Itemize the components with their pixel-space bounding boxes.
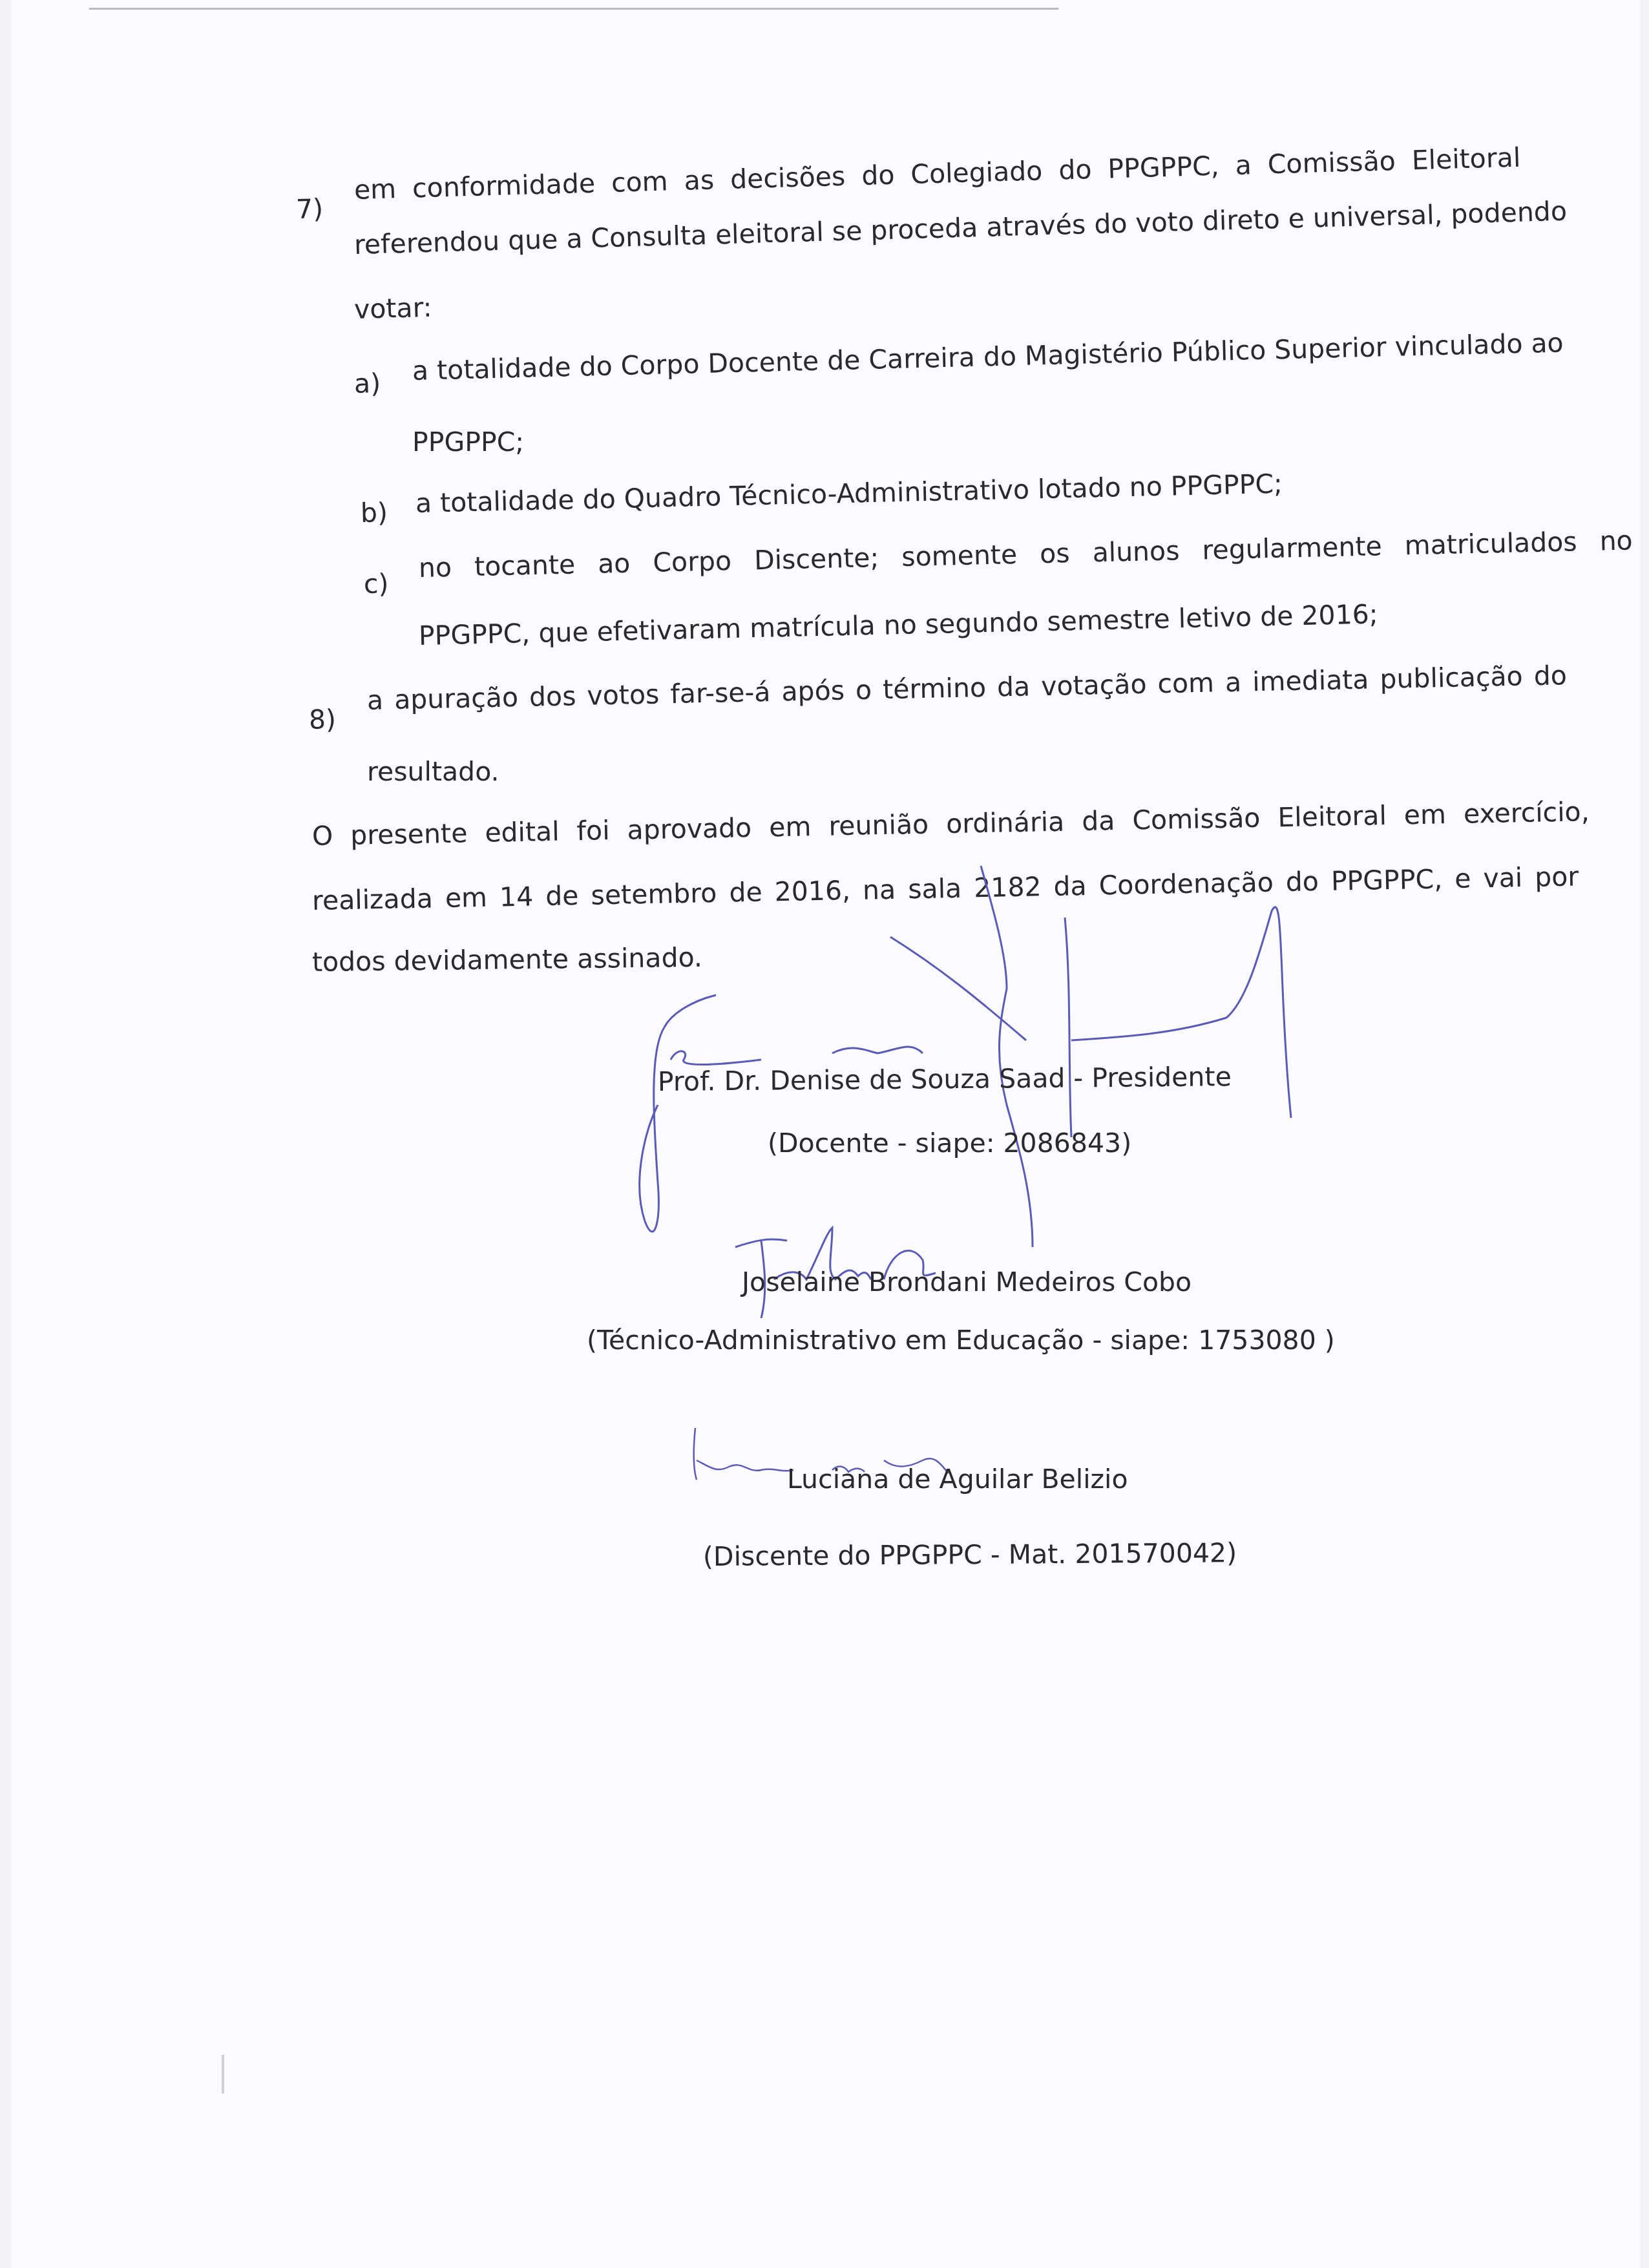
subitem-a-line-2: PPGPPC;: [412, 426, 524, 457]
subitem-b-line-1: a totalidade do Quadro Técnico-Administr…: [415, 468, 1283, 519]
subitem-c-label: c): [363, 568, 389, 600]
signatory-1-role: (Docente - siape: 2086843): [768, 1128, 1131, 1159]
scan-mark: [222, 2055, 224, 2094]
item-8-number: 8): [308, 704, 336, 735]
signatory-3-role: (Discente do PPGPPC - Mat. 201570042): [703, 1537, 1237, 1572]
subitem-c-line-2: PPGPPC, que efetivaram matrícula no segu…: [418, 598, 1378, 651]
item-7-number: 7): [295, 193, 323, 225]
document-page: 7) em conformidade com as decisões do Co…: [12, 0, 1640, 2268]
signatory-3-name: Luciana de Aguilar Belizio: [787, 1464, 1128, 1495]
scan-edge-line: [89, 8, 1058, 10]
subitem-b-label: b): [360, 497, 388, 529]
closing-line-1: O presente edital foi aprovado em reuniã…: [312, 796, 1590, 852]
item-7-line-1: em conformidade com as decisões do Coleg…: [353, 142, 1520, 205]
signatory-2-role: (Técnico-Administrativo em Educação - si…: [587, 1325, 1335, 1356]
subitem-a-line-1: a totalidade do Corpo Docente de Carreir…: [412, 327, 1564, 386]
item-7-line-2: referendou que a Consulta eleitoral se p…: [353, 196, 1567, 260]
subitem-c-line-1: no tocante ao Corpo Discente; somente os…: [418, 525, 1633, 583]
item-8-line-2: resultado.: [367, 756, 499, 787]
signatory-1-name: Prof. Dr. Denise de Souza Saad - Preside…: [658, 1061, 1232, 1097]
signatory-2-name: Joselaine Brondani Medeiros Cobo: [742, 1266, 1192, 1297]
item-7-line-3: votar:: [353, 292, 432, 325]
subitem-a-label: a): [353, 368, 381, 399]
item-8-line-1: a apuração dos votos far-se-á após o tér…: [366, 660, 1567, 716]
